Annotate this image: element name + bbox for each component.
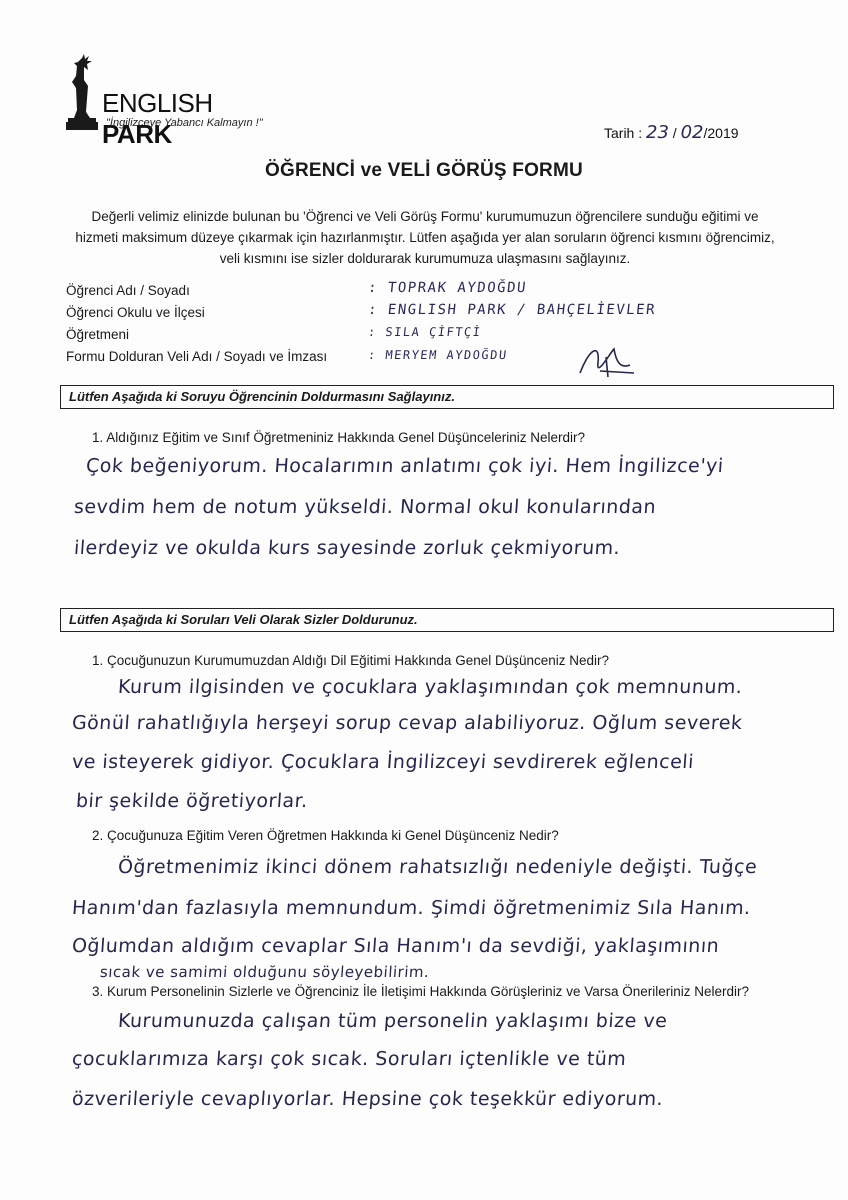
form-date: Tarih : 23 / 02/2019 [604,122,739,143]
parent-answer-3-line-1: Kurumunuzda çalışan tüm personelin yakla… [117,1010,668,1032]
english-park-logo: ENGLISH PARK "İngilizceye Yabancı Kalmay… [62,52,282,142]
form-intro: Değerli velimiz elinizde bulunan bu 'Öğr… [70,206,780,269]
brand-slogan: "İngilizceye Yabancı Kalmayın !" [106,117,263,129]
feedback-form-page: ENGLISH PARK "İngilizceye Yabancı Kalmay… [0,0,848,1200]
parent-answer-2-line-3: Oğlumdan aldığım cevaplar Sıla Hanım'ı d… [71,935,720,957]
parent-answer-3-line-3: özverileriyle cevaplıyorlar. Hepsine çok… [71,1088,664,1110]
student-name-label: Öğrenci Adı / Soyadı [66,283,190,298]
student-answer-1-line-3: ilerdeyiz ve okulda kurs sayesinde zorlu… [73,537,621,559]
parent-question-2: 2. Çocuğunuza Eğitim Veren Öğretmen Hakk… [92,828,559,843]
statue-of-liberty-icon [62,52,102,132]
parent-signature [570,343,640,383]
date-month: 02 [681,122,704,143]
parent-answer-2-line-1: Öğretmenimiz ikinci dönem rahatsızlığı n… [117,856,758,878]
date-day: 23 [646,122,669,143]
parent-answer-1-line-3: ve isteyerek gidiyor. Çocuklara İngilizc… [71,751,694,773]
student-question-1: 1. Aldığınız Eğitim ve Sınıf Öğretmenini… [92,430,585,445]
form-title: ÖĞRENCİ ve VELİ GÖRÜŞ FORMU [0,160,848,182]
student-school-value: : ENGLISH PARK / BAHÇELİEVLER [367,302,657,318]
date-label: Tarih : [604,125,642,141]
student-school-label: Öğrenci Okulu ve İlçesi [66,305,205,320]
student-answer-1-line-2: sevdim hem de notum yükseldi. Normal oku… [73,496,657,518]
date-sep: / [669,125,681,141]
parent-answer-3-line-2: çocuklarımıza karşı çok sıcak. Soruları … [71,1048,627,1070]
parent-answer-1-line-4: bir şekilde öğretiyorlar. [75,790,308,812]
parent-question-1: 1. Çocuğunuzun Kurumumuzdan Aldığı Dil E… [92,653,609,668]
parent-answer-2-line-2: Hanım'dan fazlasıyla memnundum. Şimdi öğ… [71,897,751,919]
teacher-value: : SILA ÇİFTÇİ [367,325,482,339]
parent-answer-1-line-2: Gönül rahatlığıyla herşeyi sorup cevap a… [71,712,743,734]
parent-name-value: : MERYEM AYDOĞDU [367,348,508,362]
student-answer-1-line-1: Çok beğeniyorum. Hocalarımın anlatımı ço… [85,455,724,477]
parent-question-3: 3. Kurum Personelinin Sizlerle ve Öğrenc… [92,984,749,999]
teacher-label: Öğretmeni [66,327,129,342]
parent-answer-2-line-4: sıcak ve samimi olduğunu söyleyebilirim. [99,963,430,981]
date-year: /2019 [704,125,739,141]
brand-light: ENGLISH [102,88,213,118]
parent-section-heading: Lütfen Aşağıda ki Soruları Veli Olarak S… [60,608,834,632]
parent-answer-1-line-1: Kurum ilgisinden ve çocuklara yaklaşımın… [117,676,743,698]
parent-name-label: Formu Dolduran Veli Adı / Soyadı ve İmza… [66,349,327,364]
student-name-value: : TOPRAK AYDOĞDU [367,280,528,296]
student-section-heading: Lütfen Aşağıda ki Soruyu Öğrencinin Dold… [60,385,834,409]
